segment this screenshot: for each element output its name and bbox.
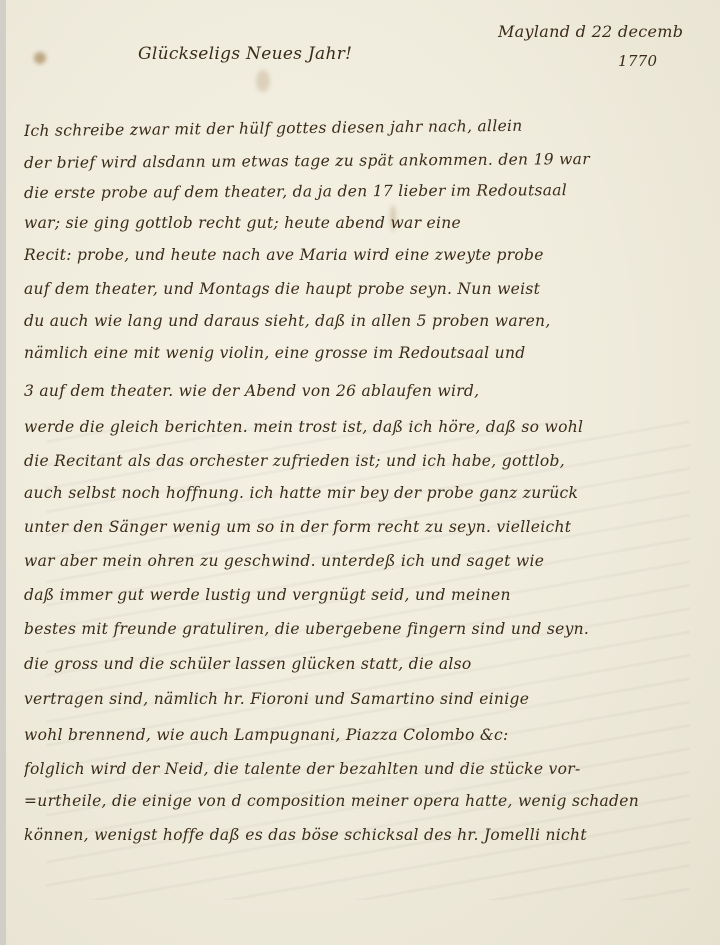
letter-line: 3 auf dem theater. wie der Abend von 26 … [24, 382, 714, 400]
place-date: Mayland d 22 decemb [498, 22, 683, 41]
letter-line: du auch wie lang und daraus sieht, daß i… [24, 312, 714, 330]
letter-line: die Recitant als das orchester zufrieden… [24, 452, 714, 470]
letter-line: auch selbst noch hoffnung. ich hatte mir… [24, 484, 714, 502]
letter-line: nämlich eine mit wenig violin, eine gros… [24, 344, 714, 362]
letter-line: Ich schreibe zwar mit der hülf gottes di… [24, 115, 714, 140]
letter-line: wohl brennend, wie auch Lampugnani, Piaz… [24, 726, 714, 744]
letter-line: war; sie ging gottlob recht gut; heute a… [24, 214, 714, 232]
letter-line: die erste probe auf dem theater, da ja d… [24, 180, 714, 202]
letter-line: unter den Sänger wenig um so in der form… [24, 518, 714, 536]
letter-line: vertragen sind, nämlich hr. Fioroni und … [24, 690, 714, 708]
letter-line: der brief wird alsdann um etwas tage zu … [24, 149, 714, 172]
year: 1770 [618, 52, 657, 70]
letter-line: Recit: probe, und heute nach ave Maria w… [24, 246, 714, 264]
letter-line: die gross und die schüler lassen glücken… [24, 655, 714, 673]
letter-page: Mayland d 22 decemb 1770 Glückseligs Neu… [6, 0, 720, 945]
letter-line: auf dem theater, und Montags die haupt p… [24, 280, 714, 298]
ink-stain [34, 52, 46, 64]
letter-line: war aber mein ohren zu geschwind. unterd… [24, 552, 714, 570]
letter-line: können, wenigst hoffe daß es das böse sc… [24, 826, 714, 844]
letter-line: daß immer gut werde lustig und vergnügt … [24, 586, 714, 604]
salutation: Glückseligs Neues Jahr! [138, 44, 352, 64]
page-margin [0, 0, 6, 945]
letter-line: folglich wird der Neid, die talente der … [24, 760, 714, 778]
letter-line: werde die gleich berichten. mein trost i… [24, 418, 714, 436]
letter-line: bestes mit freunde gratuliren, die uberg… [24, 620, 714, 638]
letter-line: =urtheile, die einige von d composition … [24, 792, 714, 810]
water-stain [256, 70, 270, 92]
